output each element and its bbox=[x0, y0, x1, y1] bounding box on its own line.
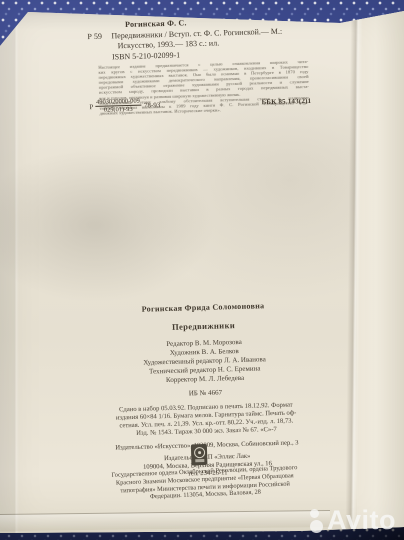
printed-content: Рогинская Ф. С. Р 59 Передвижники / Всту… bbox=[0, 0, 404, 540]
catalog-suffix: 78-93 bbox=[144, 101, 161, 109]
avito-watermark: Avito bbox=[314, 507, 396, 534]
listing-photo: Рогинская Ф. С. Р 59 Передвижники / Всту… bbox=[0, 0, 404, 540]
bbk-code: ББК 85.143(2)1 bbox=[261, 96, 311, 105]
catalog-card: Рогинская Ф. С. Р 59 Передвижники / Всту… bbox=[87, 15, 302, 63]
catalog-index-code: Р 59 bbox=[87, 31, 102, 42]
catalog-fraction-denominator: 025(01)-93 bbox=[95, 106, 141, 114]
avito-watermark-text: Avito bbox=[327, 507, 396, 534]
publisher-logo-icon bbox=[193, 447, 204, 458]
book-title: Передвижники bbox=[57, 317, 349, 335]
publisher-logo-stamp bbox=[191, 444, 208, 465]
print-technical-info: Сдано в набор 05.03.92. Подписано в печа… bbox=[60, 400, 353, 440]
ib-number: ИБ № 4667 bbox=[59, 385, 351, 401]
catalog-prefix: Р bbox=[89, 102, 93, 110]
author-full-name: Рогинская Фрида Соломоновна bbox=[57, 299, 349, 316]
avito-logo-dots-icon bbox=[310, 509, 323, 533]
book-imprint-page: Рогинская Ф. С. Р 59 Передвижники / Всту… bbox=[0, 0, 404, 540]
catalog-fraction: 4903020000-009 025(01)-93 bbox=[95, 98, 141, 114]
staff-credits: Редактор В. М. Морозова Художник В. А. Б… bbox=[58, 335, 351, 388]
